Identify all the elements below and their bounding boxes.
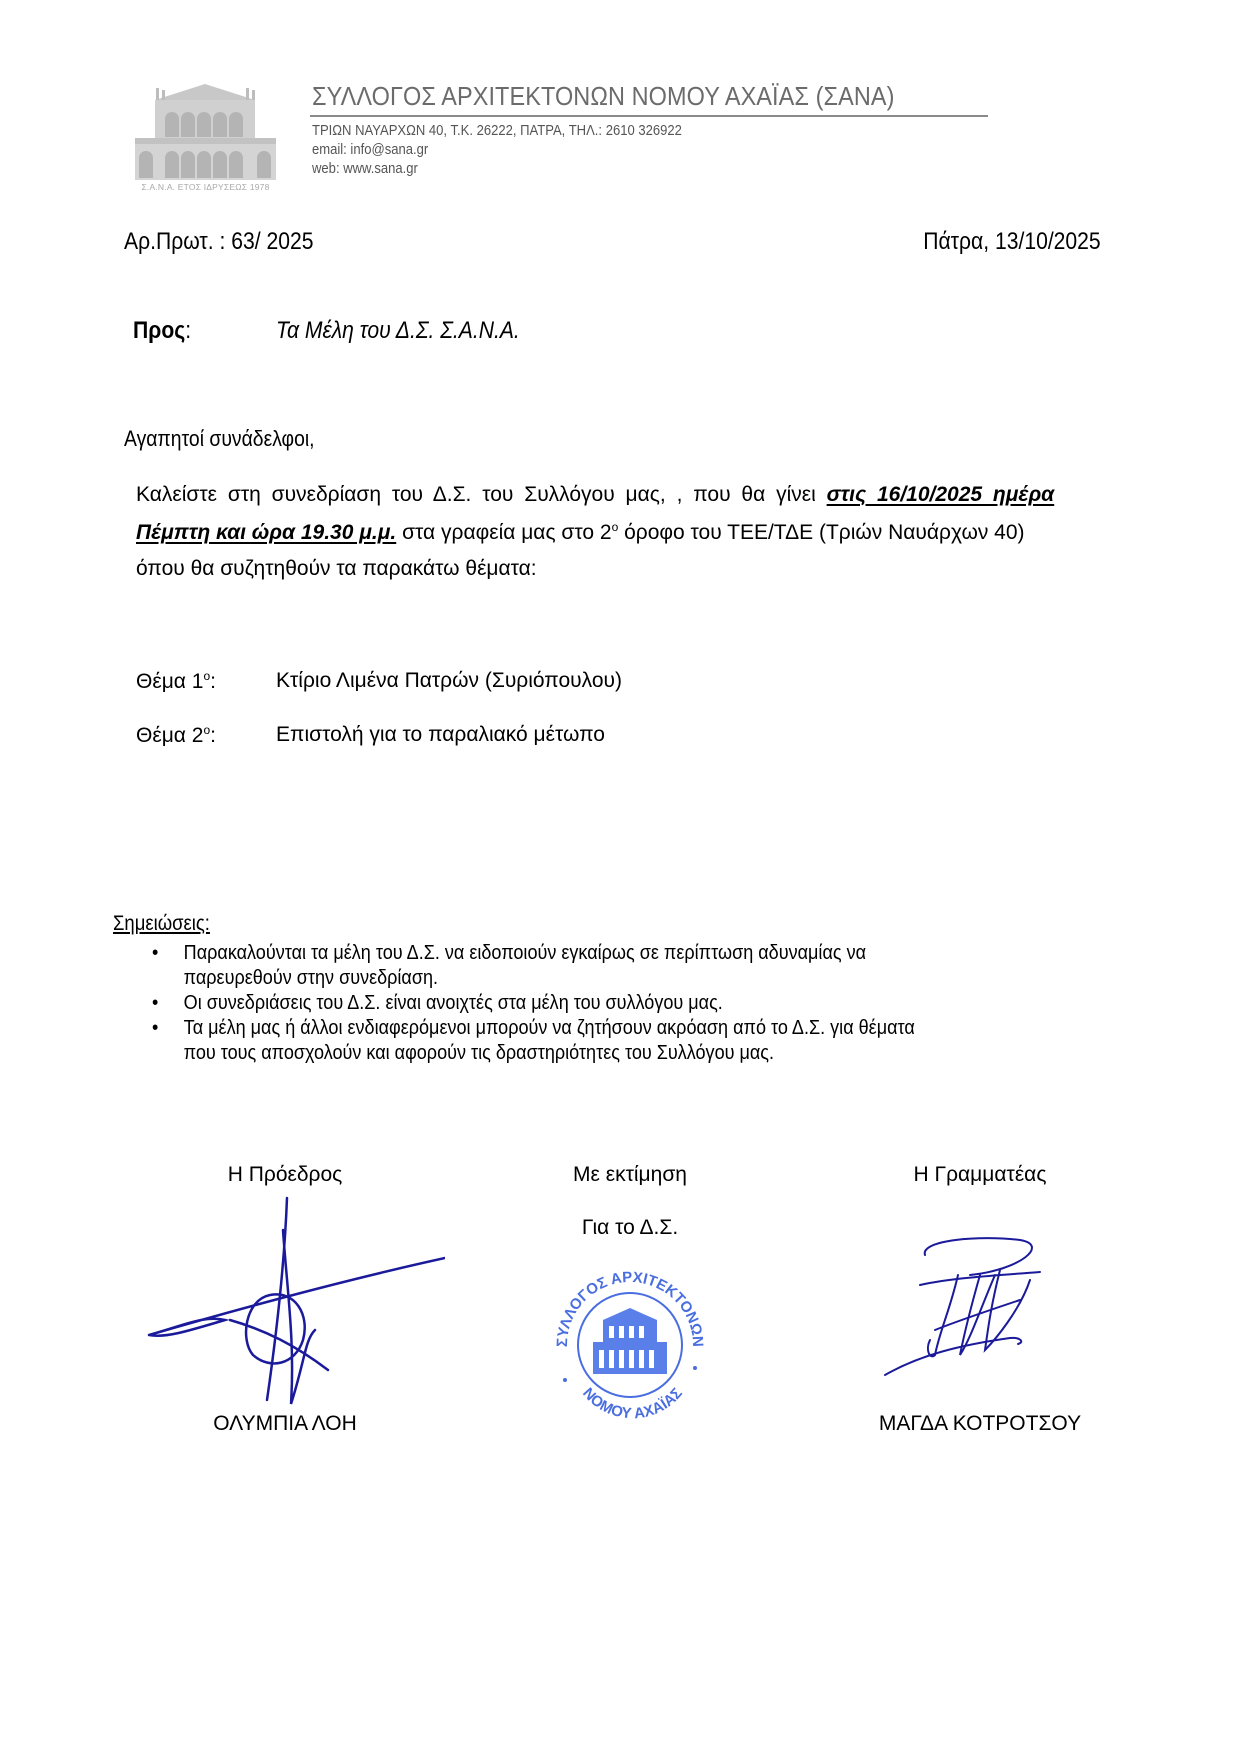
recipient-colon: :	[185, 317, 191, 344]
secretary-name: ΜΑΓΔΑ ΚΟΤΡΟΤΣΟΥ	[850, 1412, 1110, 1436]
topic-2-text: Επιστολή για το παραλιακό μέτωπο	[276, 723, 605, 747]
handwritten-signature-icon	[145, 1190, 445, 1410]
invitation-location-text: στα γραφεία μας στο 2	[396, 521, 611, 544]
note-item: • Οι συνεδριάσεις του Δ.Σ. είναι ανοιχτέ…	[152, 990, 1023, 1015]
president-title: Η Πρόεδρος	[185, 1163, 385, 1187]
protocol-number: Αρ.Πρωτ. : 63/ 2025	[124, 228, 313, 256]
meeting-date: στις 16/10/2025 ημέρα	[827, 483, 1055, 506]
notes-title: Σημειώσεις:	[113, 912, 210, 936]
topic-2-label: Θέμα 2ο:	[136, 723, 216, 748]
invitation-line-1: Καλείστε στη συνεδρίαση του Δ.Σ. του Συλ…	[136, 483, 1054, 507]
closing-board: Για το Δ.Σ.	[530, 1216, 730, 1240]
organization-email: email: info@sana.gr	[312, 142, 428, 158]
official-stamp: ΣΥΛΛΟΓΟΣ ΑΡΧΙΤΕΚΤΟΝΩΝ ΝΟΜΟΥ ΑΧΑΪΑΣ	[545, 1250, 715, 1430]
handwritten-signature-icon	[880, 1230, 1060, 1380]
notes-list: • Παρακαλούνται τα μέλη του Δ.Σ. να ειδο…	[152, 940, 1023, 1065]
letterhead-divider	[310, 115, 988, 117]
meeting-day-time: Πέμπτη και ώρα 19.30 μ.μ.	[136, 521, 396, 544]
greeting: Αγαπητοί συνάδελφοι,	[124, 426, 315, 452]
note-item: • Τα μέλη μας ή άλλοι ενδιαφερόμενοι μπο…	[152, 1015, 1023, 1065]
building-facade-logo-icon	[133, 82, 278, 182]
bullet-icon: •	[152, 990, 158, 1015]
president-name: ΟΛΥΜΠΙΑ ΛΟΗ	[185, 1412, 385, 1436]
association-stamp-icon: ΣΥΛΛΟΓΟΣ ΑΡΧΙΤΕΚΤΟΝΩΝ ΝΟΜΟΥ ΑΧΑΪΑΣ	[545, 1250, 715, 1430]
bullet-icon: •	[152, 1015, 158, 1040]
svg-text:ΝΟΜΟΥ ΑΧΑΪΑΣ: ΝΟΜΟΥ ΑΧΑΪΑΣ	[579, 1385, 686, 1423]
organization-name: ΣΥΛΛΟΓΟΣ ΑΡΧΙΤΕΚΤΟΝΩΝ ΝΟΜΟΥ ΑΧΑΪΑΣ (ΣΑΝΑ…	[312, 83, 895, 112]
secretary-signature	[880, 1230, 1060, 1380]
secretary-title: Η Γραμματέας	[880, 1163, 1080, 1187]
closing-regards: Με εκτίμηση	[530, 1163, 730, 1187]
invitation-line-2: Πέμπτη και ώρα 19.30 μ.μ. στα γραφεία μα…	[136, 520, 1025, 545]
organization-web: web: www.sana.gr	[312, 161, 418, 177]
recipient-label: Προς	[133, 317, 185, 344]
topic-1-text: Κτίριο Λιμένα Πατρών (Συριόπουλου)	[276, 669, 622, 693]
logo-caption: Σ.Α.Ν.Α. ΕΤΟΣ ΙΔΡΥΣΕΩΣ 1978	[133, 182, 278, 192]
invitation-location-address: όροφο του ΤΕΕ/ΤΔΕ (Τριών Ναυάρχων 40)	[618, 521, 1024, 544]
note-item: • Παρακαλούνται τα μέλη του Δ.Σ. να ειδο…	[152, 940, 1023, 990]
recipient-value: Τα Μέλη του Δ.Σ. Σ.Α.Ν.Α.	[276, 317, 520, 345]
invitation-text: Καλείστε στη συνεδρίαση του Δ.Σ. του Συλ…	[136, 483, 827, 506]
topic-1-label: Θέμα 1ο:	[136, 669, 216, 694]
organization-address: ΤΡΙΩΝ ΝΑΥΑΡΧΩΝ 40, Τ.Κ. 26222, ΠΑΤΡΑ, ΤΗ…	[312, 123, 682, 139]
president-signature	[145, 1190, 445, 1410]
place-date: Πάτρα, 13/10/2025	[924, 228, 1101, 256]
bullet-icon: •	[152, 940, 158, 965]
invitation-line-3: όπου θα συζητηθούν τα παρακάτω θέματα:	[136, 557, 537, 581]
recipient-label-group: Προς:	[133, 317, 191, 345]
